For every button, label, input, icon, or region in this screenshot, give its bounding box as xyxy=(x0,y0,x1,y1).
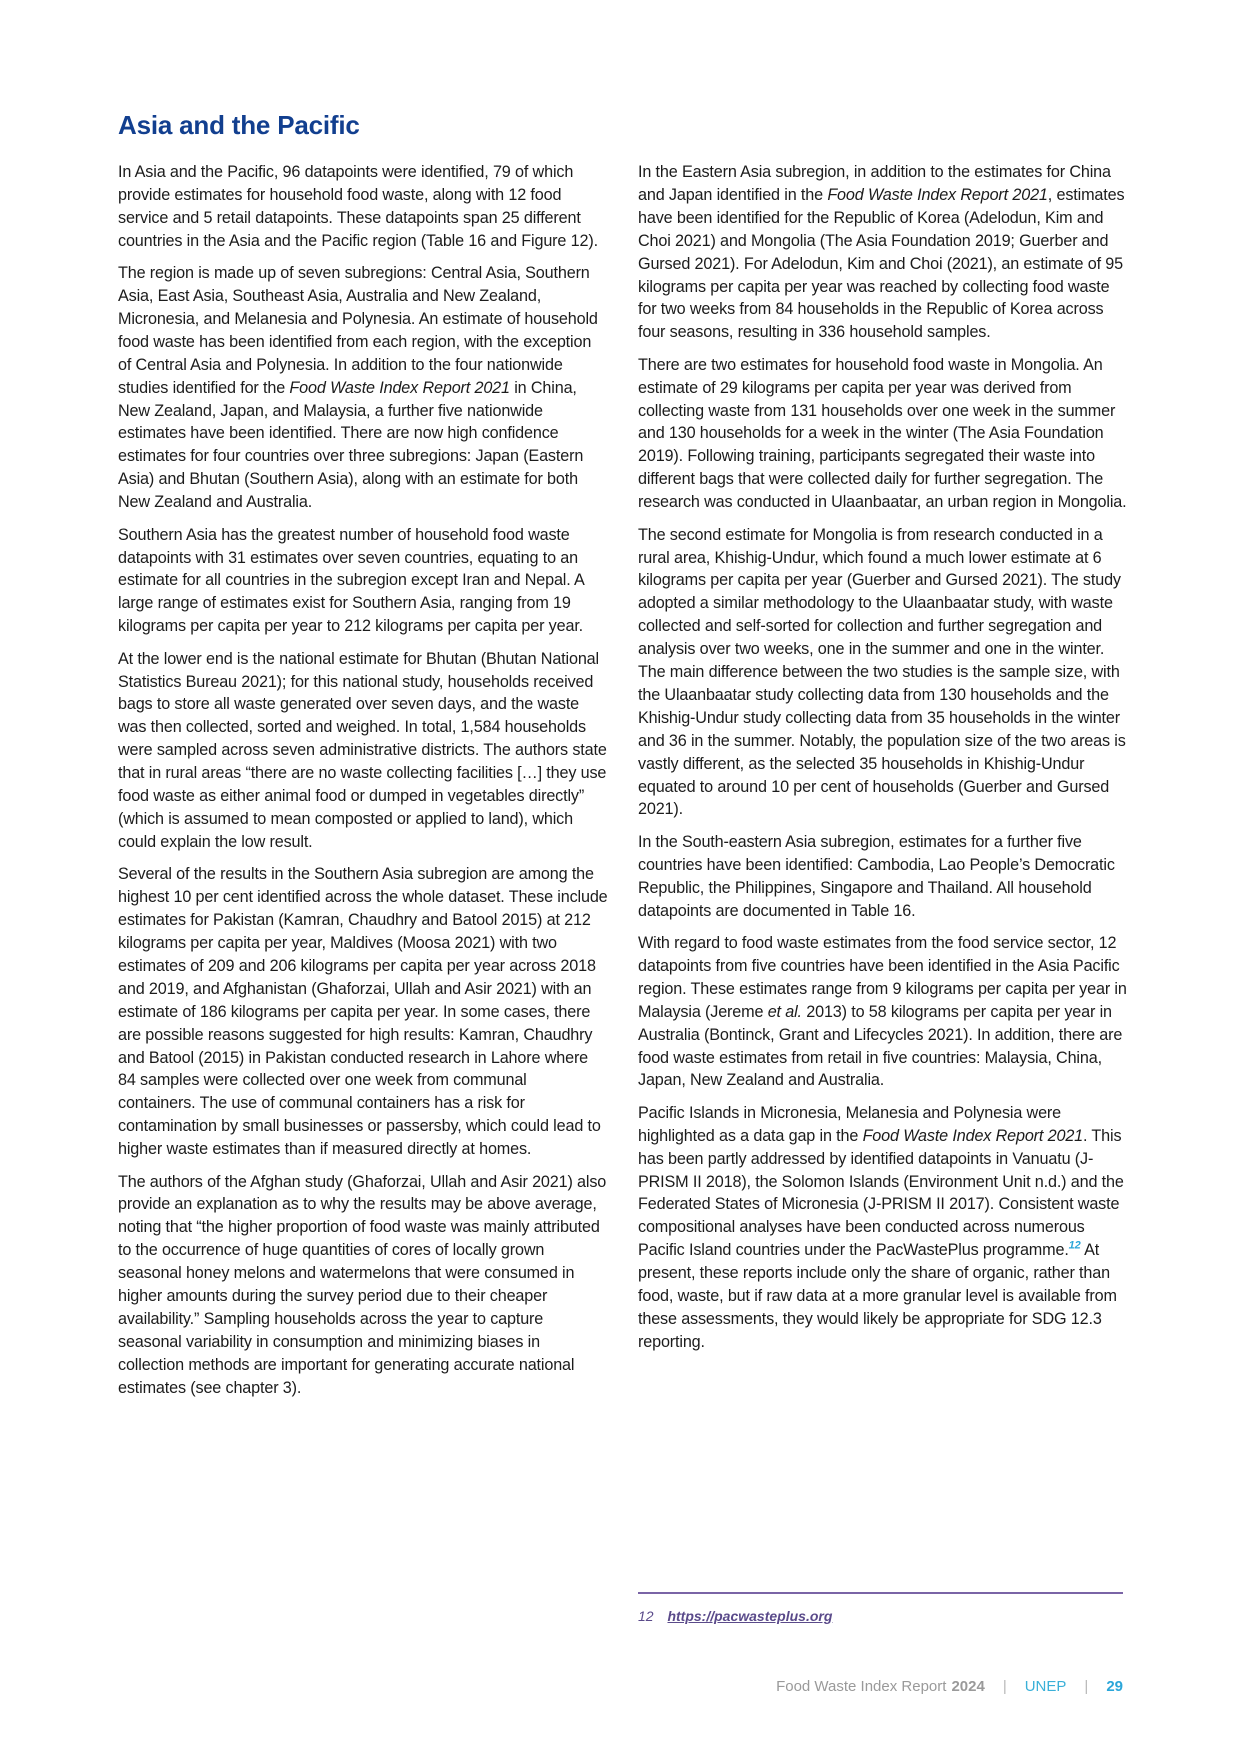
paragraph-food-service: With regard to food waste estimates from… xyxy=(638,932,1128,1092)
paragraph-overview: In Asia and the Pacific, 96 datapoints w… xyxy=(118,161,608,253)
paragraph-mongolia-rural: The second estimate for Mongolia is from… xyxy=(638,524,1128,822)
footnote-divider xyxy=(638,1592,1123,1594)
paragraph-pacific-islands: Pacific Islands in Micronesia, Melanesia… xyxy=(638,1102,1128,1354)
paragraph-subregions: The region is made up of seven subregion… xyxy=(118,262,608,514)
footer-organization: UNEP xyxy=(1025,1678,1067,1695)
paragraph-south-eastern-asia: In the South-eastern Asia subregion, est… xyxy=(638,831,1128,923)
page-number: 29 xyxy=(1106,1678,1123,1695)
paragraph-eastern-asia: In the Eastern Asia subregion, in additi… xyxy=(638,161,1128,344)
footnote-reference-link[interactable]: 12 xyxy=(1069,1240,1081,1252)
text: . This has been partly addressed by iden… xyxy=(638,1127,1124,1260)
page-footer: Food Waste Index Report 2024 | UNEP | 29 xyxy=(776,1678,1123,1695)
footnote-link[interactable]: https://pacwasteplus.org xyxy=(667,1608,832,1624)
report-title-italic: Food Waste Index Report 2021 xyxy=(827,186,1047,204)
right-column: In the Eastern Asia subregion, in additi… xyxy=(638,161,1128,1363)
text: The region is made up of seven subregion… xyxy=(118,264,598,397)
et-al-italic: et al. xyxy=(768,1003,802,1021)
section-heading: Asia and the Pacific xyxy=(118,110,360,141)
report-title-italic: Food Waste Index Report 2021 xyxy=(863,1127,1083,1145)
footer-report-title: Food Waste Index Report xyxy=(776,1678,946,1695)
report-title-italic: Food Waste Index Report 2021 xyxy=(289,379,509,397)
paragraph-bhutan: At the lower end is the national estimat… xyxy=(118,648,608,854)
paragraph-southern-asia: Southern Asia has the greatest number of… xyxy=(118,524,608,639)
footer-report-year: 2024 xyxy=(951,1678,984,1695)
footnote: 12 https://pacwasteplus.org xyxy=(638,1608,832,1624)
text: , estimates have been identified for the… xyxy=(638,186,1124,341)
paragraph-afghan-study: The authors of the Afghan study (Ghaforz… xyxy=(118,1171,608,1400)
paragraph-high-results: Several of the results in the Southern A… xyxy=(118,863,608,1161)
footnote-number: 12 xyxy=(638,1608,654,1624)
left-column: In Asia and the Pacific, 96 datapoints w… xyxy=(118,161,608,1409)
paragraph-mongolia-urban: There are two estimates for household fo… xyxy=(638,354,1128,514)
footer-separator: | xyxy=(1003,1678,1007,1695)
footer-separator: | xyxy=(1084,1678,1088,1695)
text: in China, New Zealand, Japan, and Malays… xyxy=(118,379,583,512)
